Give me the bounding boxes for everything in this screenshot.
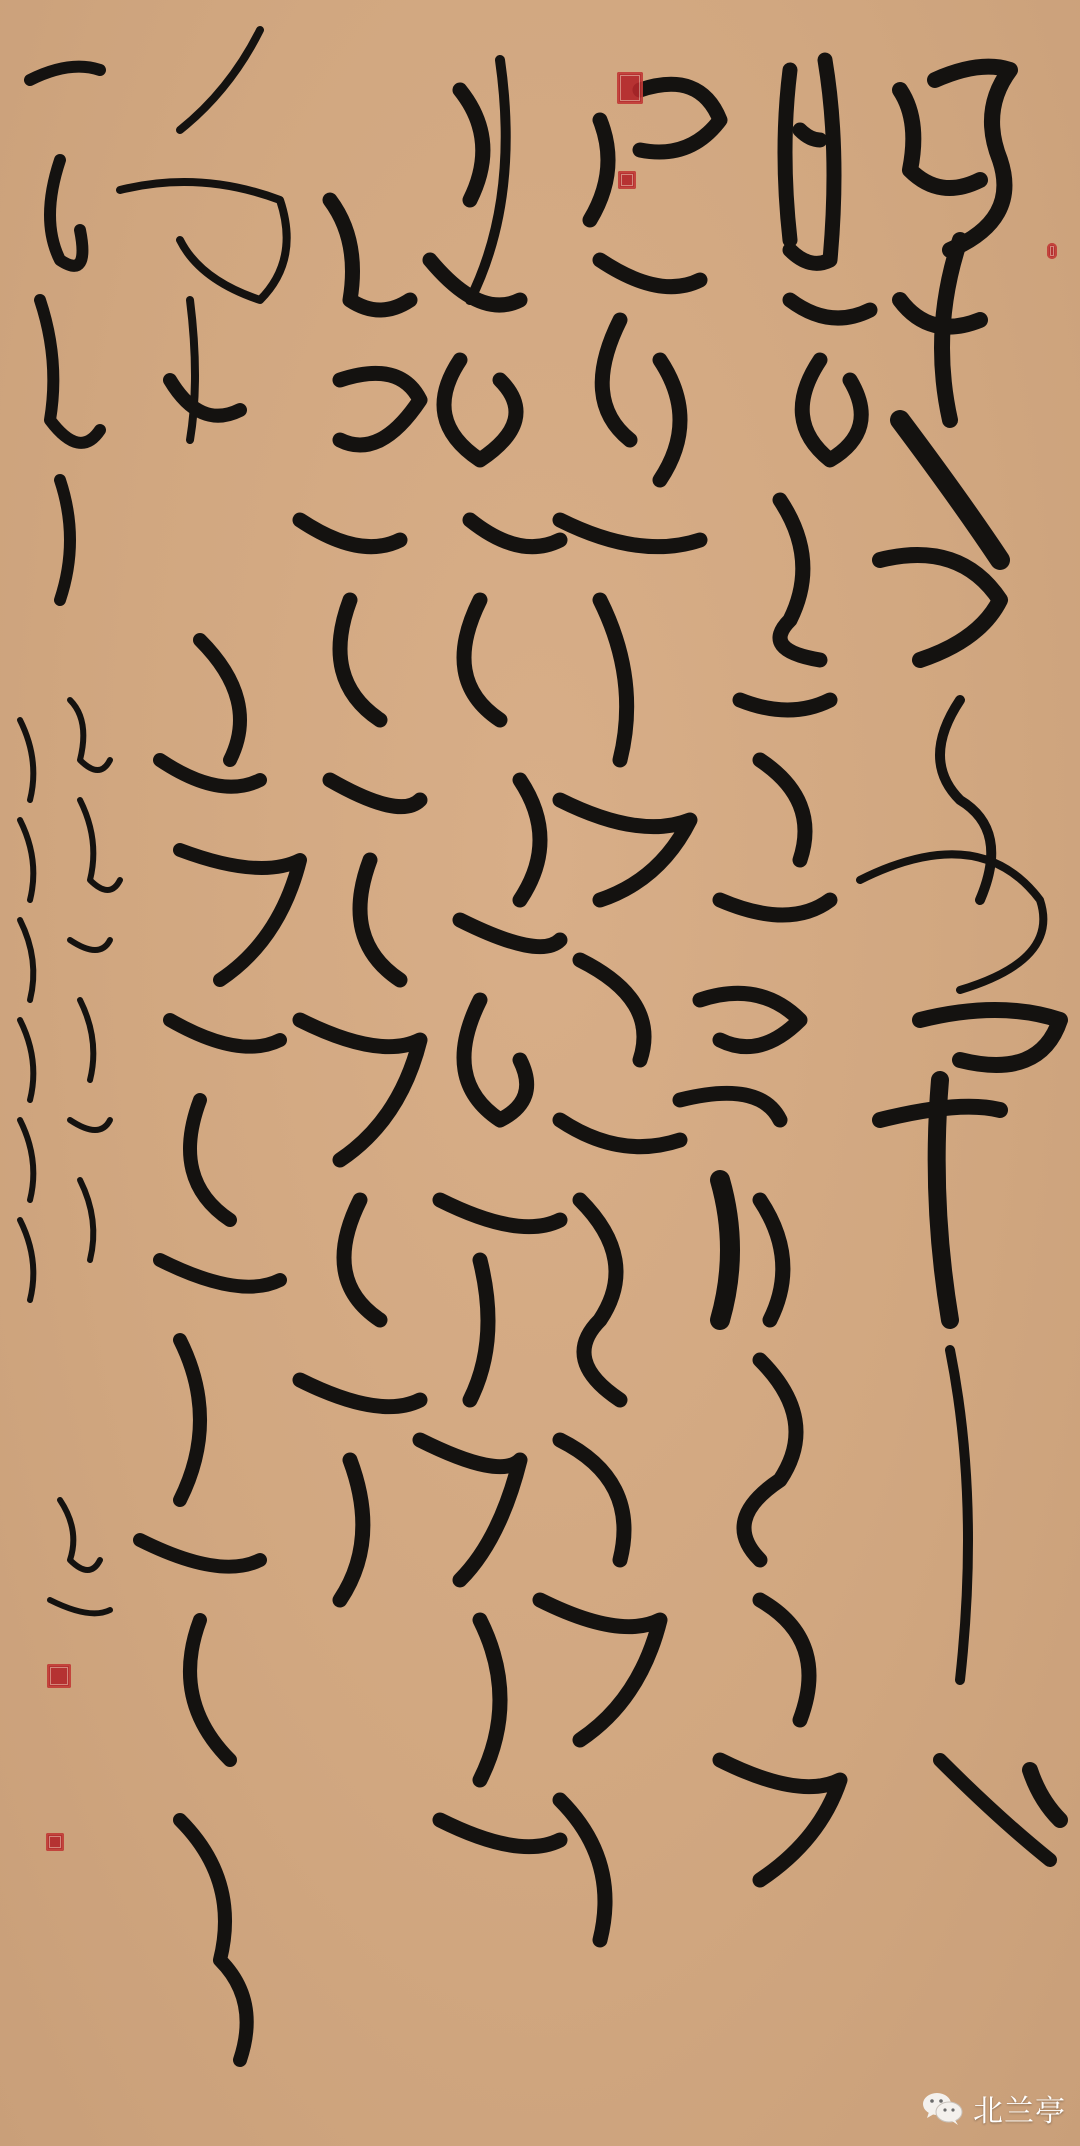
seal-stamp-top-lower — [618, 171, 636, 189]
seal-stamp-signature — [47, 1664, 71, 1688]
column-2-strokes — [680, 60, 870, 1880]
column-7-strokes — [30, 67, 100, 600]
column-3-strokes — [540, 84, 720, 1940]
inscription-strokes — [20, 700, 120, 1613]
wechat-icon — [921, 2090, 965, 2126]
seal-stamp-bottom-left — [46, 1833, 64, 1851]
column-5-strokes — [300, 200, 420, 1600]
seal-stamp-top-upper — [617, 72, 643, 104]
column-4-strokes — [420, 60, 560, 1847]
seal-stamp-right-edge — [1047, 243, 1057, 259]
column-1-strokes — [860, 67, 1060, 1860]
calligraphy-brush-strokes — [0, 0, 1080, 2146]
calligraphy-artwork: 北兰亭 — [0, 0, 1080, 2146]
column-6-strokes — [120, 30, 300, 2060]
watermark-text: 北兰亭 — [973, 2086, 1066, 2130]
watermark: 北兰亭 — [921, 2086, 1066, 2130]
